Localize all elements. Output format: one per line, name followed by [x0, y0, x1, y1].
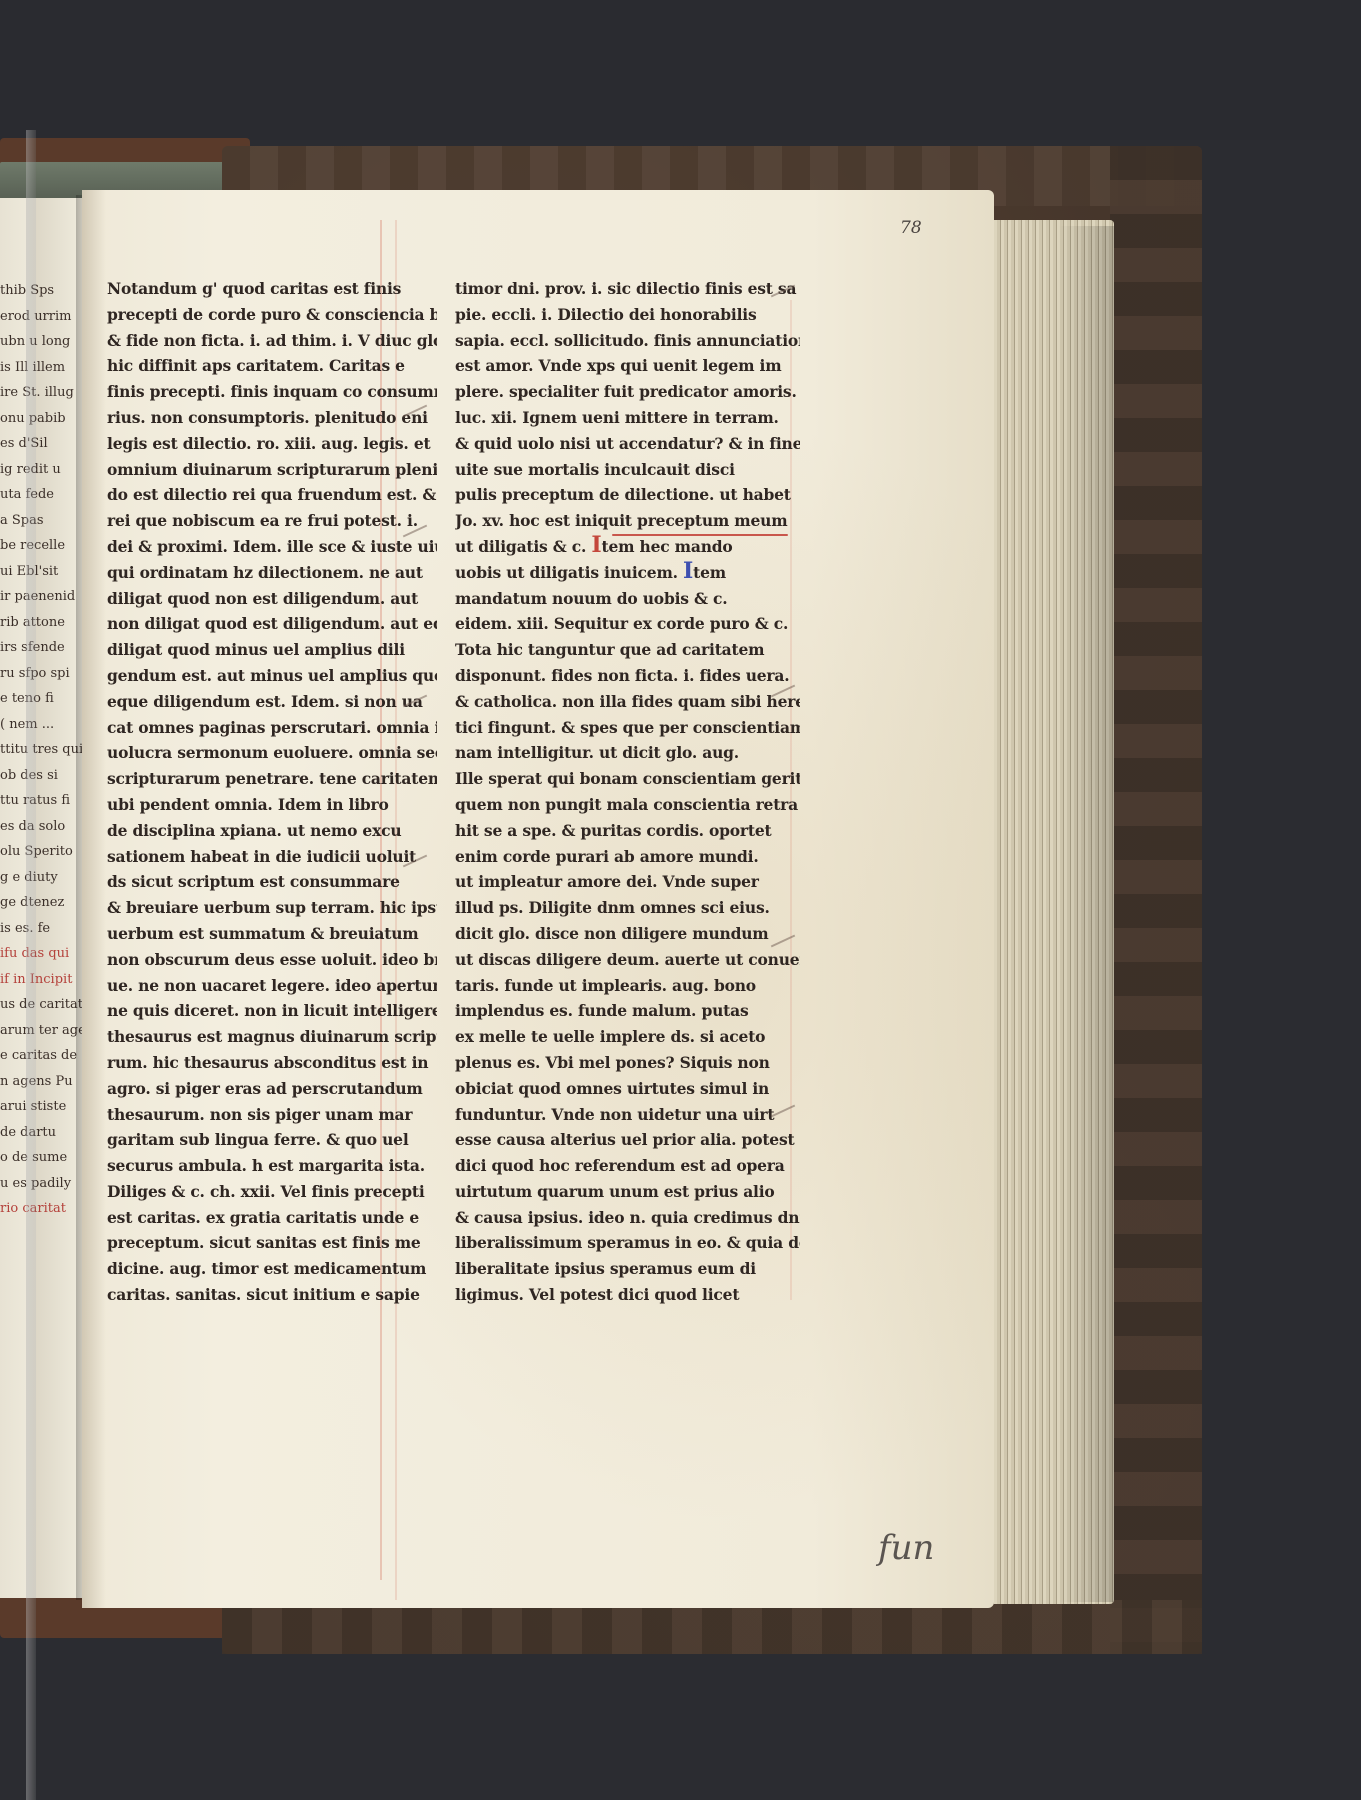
- manuscript-line: Jo. xv. hoc est iniquit preceptum meum: [455, 508, 800, 534]
- verso-line: uta fede: [0, 482, 82, 508]
- manuscript-line: & quid uolo nisi ut accendatur? & in fin…: [455, 431, 800, 457]
- manuscript-line: tici fingunt. & spes que per conscientia…: [455, 715, 800, 741]
- manuscript-line: legis est dilectio. ro. xiii. aug. legis…: [107, 431, 437, 457]
- manuscript-line: & catholica. non illa fides quam sibi he…: [455, 689, 800, 715]
- manuscript-line: omnium diuinarum scripturarum plenitu: [107, 457, 437, 483]
- manuscript-line: uobis ut diligatis inuicem. Item: [455, 560, 800, 586]
- manuscript-line: de disciplina xpiana. ut nemo excu: [107, 818, 437, 844]
- recto-gutter-shadow: [82, 190, 106, 1608]
- verso-line: arum ter ager: [0, 1018, 82, 1044]
- verso-line: if in Incipit: [0, 967, 82, 993]
- rubric-line: [612, 534, 788, 536]
- manuscript-line: non diligat quod est diligendum. aut eq: [107, 611, 437, 637]
- verso-line: onu pabib: [0, 406, 82, 432]
- verso-line: a Spas: [0, 508, 82, 534]
- manuscript-line: sapia. eccl. sollicitudo. finis annuncia…: [455, 328, 800, 354]
- manuscript-line: rius. non consumptoris. plenitudo eni: [107, 405, 437, 431]
- blue-initial: I: [683, 561, 693, 581]
- manuscript-line: dici quod hoc referendum est ad opera: [455, 1153, 800, 1179]
- verso-line: n agens Pu: [0, 1069, 82, 1095]
- manuscript-line: diligat quod non est diligendum. aut: [107, 586, 437, 612]
- manuscript-line: diligat quod minus uel amplius dili: [107, 637, 437, 663]
- manuscript-line: eque diligendum est. Idem. si non ua: [107, 689, 437, 715]
- verso-line: arui stiste: [0, 1094, 82, 1120]
- manuscript-line: uerbum est summatum & breuiatum: [107, 921, 437, 947]
- manuscript-line: uirtutum quarum unum est prius alio: [455, 1179, 800, 1205]
- verso-line: e caritas de: [0, 1043, 82, 1069]
- verso-line: es d'Sil: [0, 431, 82, 457]
- verso-line: ru sfpo spi: [0, 661, 82, 687]
- manuscript-line: agro. si piger eras ad perscrutandum: [107, 1076, 437, 1102]
- cover-tooled-border-bottom: [222, 1600, 1202, 1654]
- manuscript-line: cat omnes paginas perscrutari. omnia in: [107, 715, 437, 741]
- manuscript-line: pie. eccli. i. Dilectio dei honorabilis: [455, 302, 800, 328]
- manuscript-line: ut impleatur amore dei. Vnde super: [455, 869, 800, 895]
- background-top: [0, 0, 1361, 140]
- manuscript-line: ligimus. Vel potest dici quod licet: [455, 1282, 800, 1308]
- red-initial: I: [591, 535, 601, 555]
- manuscript-line: hic diffinit aps caritatem. Caritas e: [107, 353, 437, 379]
- text-column-a: Notandum g' quod caritas est finisprecep…: [107, 276, 437, 1308]
- manuscript-line: liberalissimum speramus in eo. & quia de: [455, 1230, 800, 1256]
- verso-line: erod urrim: [0, 304, 82, 330]
- manuscript-line: garitam sub lingua ferre. & quo uel: [107, 1127, 437, 1153]
- manuscript-line: est caritas. ex gratia caritatis unde e: [107, 1205, 437, 1231]
- manuscript-line: rei que nobiscum ea re frui potest. i.: [107, 508, 437, 534]
- text-column-b: timor dni. prov. i. sic dilectio finis e…: [455, 276, 800, 1308]
- manuscript-line: dicit glo. disce non diligere mundum: [455, 921, 800, 947]
- manuscript-line: implendus es. funde malum. putas: [455, 998, 800, 1024]
- manuscript-line: non obscurum deus esse uoluit. ideo bre: [107, 947, 437, 973]
- verso-line: ubn u long: [0, 329, 82, 355]
- fore-edge-shadow: [1058, 226, 1114, 1602]
- verso-line: thib Sps: [0, 278, 82, 304]
- verso-line: e teno fi: [0, 686, 82, 712]
- manuscript-line: ex melle te uelle implere ds. si aceto: [455, 1024, 800, 1050]
- folio-number: 78: [900, 218, 922, 238]
- verso-line: us de caritate: [0, 992, 82, 1018]
- manuscript-line: timor dni. prov. i. sic dilectio finis e…: [455, 276, 800, 302]
- verso-line: rio caritat: [0, 1196, 82, 1222]
- manuscript-line: uolucra sermonum euoluere. omnia secreta: [107, 740, 437, 766]
- manuscript-line: pulis preceptum de dilectione. ut habet: [455, 482, 800, 508]
- verso-line: ire St. illug: [0, 380, 82, 406]
- manuscript-line: nam intelligitur. ut dicit glo. aug.: [455, 740, 800, 766]
- manuscript-line: gendum est. aut minus uel amplius quod: [107, 663, 437, 689]
- manuscript-line: scripturarum penetrare. tene caritatem: [107, 766, 437, 792]
- verso-line: ifu das qui: [0, 941, 82, 967]
- manuscript-line: dicine. aug. timor est medicamentum: [107, 1256, 437, 1282]
- manuscript-line: finis precepti. finis inquam co consumma…: [107, 379, 437, 405]
- manuscript-line: enim corde purari ab amore mundi.: [455, 844, 800, 870]
- verso-line: ge dtenez: [0, 890, 82, 916]
- manuscript-line: preceptum. sicut sanitas est finis me: [107, 1230, 437, 1256]
- manuscript-line: sationem habeat in die iudicii uoluit: [107, 844, 437, 870]
- manuscript-line: ut discas diligere deum. auerte ut conue…: [455, 947, 800, 973]
- margin-signature: fun: [878, 1528, 934, 1568]
- manuscript-line: qui ordinatam hz dilectionem. ne aut: [107, 560, 437, 586]
- manuscript-line: ds sicut scriptum est consummare: [107, 869, 437, 895]
- manuscript-line: est amor. Vnde xps qui uenit legem im: [455, 353, 800, 379]
- verso-line: u es padily: [0, 1171, 82, 1197]
- manuscript-line: ut diligatis & c. Item hec mando: [455, 534, 800, 560]
- manuscript-line: & causa ipsius. ideo n. quia credimus dn…: [455, 1205, 800, 1231]
- manuscript-line: ne quis diceret. non in licuit intellige…: [107, 998, 437, 1024]
- verso-line: is es. fe: [0, 916, 82, 942]
- verso-line: is Ill illem: [0, 355, 82, 381]
- manuscript-line: plenus es. Vbi mel pones? Siquis non: [455, 1050, 800, 1076]
- manuscript-line: Ille sperat qui bonam conscientiam gerit…: [455, 766, 800, 792]
- manuscript-line: securus ambula. h est margarita ista.: [107, 1153, 437, 1179]
- manuscript-line: quem non pungit mala conscientia retra: [455, 792, 800, 818]
- manuscript-line: hit se a spe. & puritas cordis. oportet: [455, 818, 800, 844]
- manuscript-line: caritas. sanitas. sicut initium e sapie: [107, 1282, 437, 1308]
- manuscript-line: obiciat quod omnes uirtutes simul in: [455, 1076, 800, 1102]
- manuscript-line: Tota hic tanguntur que ad caritatem: [455, 637, 800, 663]
- verso-line: o de sume: [0, 1145, 82, 1171]
- verso-line: ( nem ...: [0, 712, 82, 738]
- manuscript-line: luc. xii. Ignem ueni mittere in terram.: [455, 405, 800, 431]
- manuscript-line: ue. ne non uacaret legere. ideo apertum: [107, 973, 437, 999]
- verso-line: g e diuty: [0, 865, 82, 891]
- manuscript-line: plere. specialiter fuit predicator amori…: [455, 379, 800, 405]
- verso-line: olu Sperito: [0, 839, 82, 865]
- verso-line: ob des si: [0, 763, 82, 789]
- manuscript-line: thesaurum. non sis piger unam mar: [107, 1102, 437, 1128]
- verso-line: rib attone: [0, 610, 82, 636]
- manuscript-line: eidem. xiii. Sequitur ex corde puro & c.: [455, 611, 800, 637]
- manuscript-line: Notandum g' quod caritas est finis: [107, 276, 437, 302]
- manuscript-line: Diliges & c. ch. xxii. Vel finis precept…: [107, 1179, 437, 1205]
- verso-line: ttu ratus fi: [0, 788, 82, 814]
- manuscript-line: do est dilectio rei qua fruendum est. &: [107, 482, 437, 508]
- manuscript-line: ubi pendent omnia. Idem in libro: [107, 792, 437, 818]
- manuscript-line: liberalitate ipsius speramus eum di: [455, 1256, 800, 1282]
- manuscript-line: disponunt. fides non ficta. i. fides uer…: [455, 663, 800, 689]
- manuscript-line: esse causa alterius uel prior alia. pote…: [455, 1127, 800, 1153]
- manuscript-line: thesaurus est magnus diuinarum scriptura: [107, 1024, 437, 1050]
- manuscript-line: & fide non ficta. i. ad thim. i. V diuc …: [107, 328, 437, 354]
- manuscript-line: taris. funde ut implearis. aug. bono: [455, 973, 800, 999]
- verso-line: ir paenenid: [0, 584, 82, 610]
- manuscript-line: mandatum nouum do uobis & c.: [455, 586, 800, 612]
- verso-line: irs sfende: [0, 635, 82, 661]
- manuscript-line: illud ps. Diligite dnm omnes sci eius.: [455, 895, 800, 921]
- manuscript-line: uite sue mortalis inculcauit disci: [455, 457, 800, 483]
- manuscript-line: funduntur. Vnde non uidetur una uirt: [455, 1102, 800, 1128]
- cover-tooled-border-right: [1110, 146, 1202, 1654]
- verso-line: es da solo: [0, 814, 82, 840]
- verso-line: ig redit u: [0, 457, 82, 483]
- verso-text: thib Spserod urrimubn u longis Ill illem…: [0, 278, 82, 1222]
- verso-line: de dartu: [0, 1120, 82, 1146]
- verso-line: be recelle: [0, 533, 82, 559]
- manuscript-line: & breuiare uerbum sup terram. hic ipsum: [107, 895, 437, 921]
- manuscript-line: dei & proximi. Idem. ille sce & iuste ui…: [107, 534, 437, 560]
- manuscript-line: precepti de corde puro & consciencia bon…: [107, 302, 437, 328]
- verso-line: ttitu tres qui: [0, 737, 82, 763]
- manuscript-line: rum. hic thesaurus absconditus est in: [107, 1050, 437, 1076]
- glass-weight-rod: [26, 130, 36, 1800]
- verso-line: ui Ebl'sit: [0, 559, 82, 585]
